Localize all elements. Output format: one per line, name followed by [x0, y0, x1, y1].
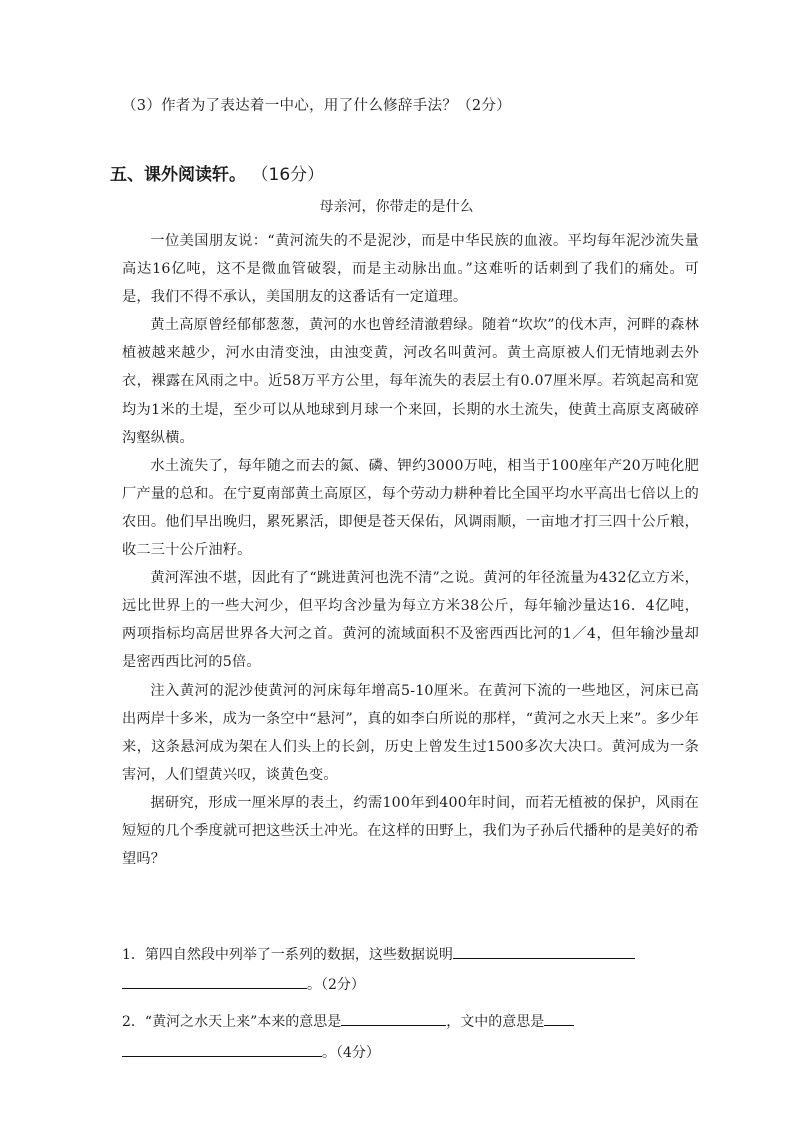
paragraph-3: 水土流失了，每年随之而去的氮、磷、钾约3000万吨，相当于100座年产20万吨化… — [122, 452, 699, 564]
paragraph-6: 据研究，形成一厘米厚的表土，约需100年到400年时间，而若无植被的保护，风雨在… — [122, 789, 699, 873]
question-2-original-meaning-blank[interactable] — [341, 1011, 446, 1026]
question-1-answer-blank-line1[interactable] — [453, 944, 635, 959]
question-2-score: 。（4分） — [322, 1045, 380, 1061]
question-2-context-meaning-blank-line2[interactable] — [122, 1042, 322, 1057]
question-2: 2．“黄河之水天上来”本来的意思是，文中的意思是 — [122, 1011, 574, 1032]
question-2-continued: 。（4分） — [122, 1042, 380, 1063]
section-title: 五、课外阅读轩。 — [110, 165, 246, 185]
paragraph-4: 黄河浑浊不堪，因此有了“跳进黄河也洗不清”之说。黄河的年径流量为432亿立方米，… — [122, 564, 699, 676]
paragraph-5: 注入黄河的泥沙使黄河的河床每年增高5-10厘米。在黄河下流的一些地区，河床已高出… — [122, 677, 699, 789]
question-2-context-meaning-blank-line1[interactable] — [544, 1011, 574, 1026]
previous-question-3: （3）作者为了表达着一中心，用了什么修辞手法？（2分） — [122, 94, 511, 115]
question-1-score: 。（2分） — [307, 977, 365, 993]
article-title: 母亲河，你带走的是什么 — [0, 196, 793, 216]
question-1: 1．第四自然段中列举了一系列的数据，这些数据说明 — [122, 944, 635, 965]
section-score: （16分） — [260, 165, 324, 185]
paragraph-2: 黄土高原曾经郁郁葱葱，黄河的水也曾经清澈碧绿。随着“坎坎”的伐木声，河畔的森林植… — [122, 311, 699, 451]
question-1-prompt: 1．第四自然段中列举了一系列的数据，这些数据说明 — [122, 947, 453, 963]
question-2-middle: ，文中的意思是 — [446, 1014, 544, 1030]
question-1-continued: 。（2分） — [122, 974, 365, 995]
question-1-answer-blank-line2[interactable] — [122, 974, 307, 989]
article-body: 一位美国朋友说：“黄河流失的不是泥沙，而是中华民族的血液。平均每年泥沙流失量高达… — [122, 227, 699, 873]
paragraph-1: 一位美国朋友说：“黄河流失的不是泥沙，而是中华民族的血液。平均每年泥沙流失量高达… — [122, 227, 699, 311]
question-2-prompt: 2．“黄河之水天上来”本来的意思是 — [122, 1014, 341, 1030]
section-heading: 五、课外阅读轩。（16分） — [110, 160, 324, 185]
